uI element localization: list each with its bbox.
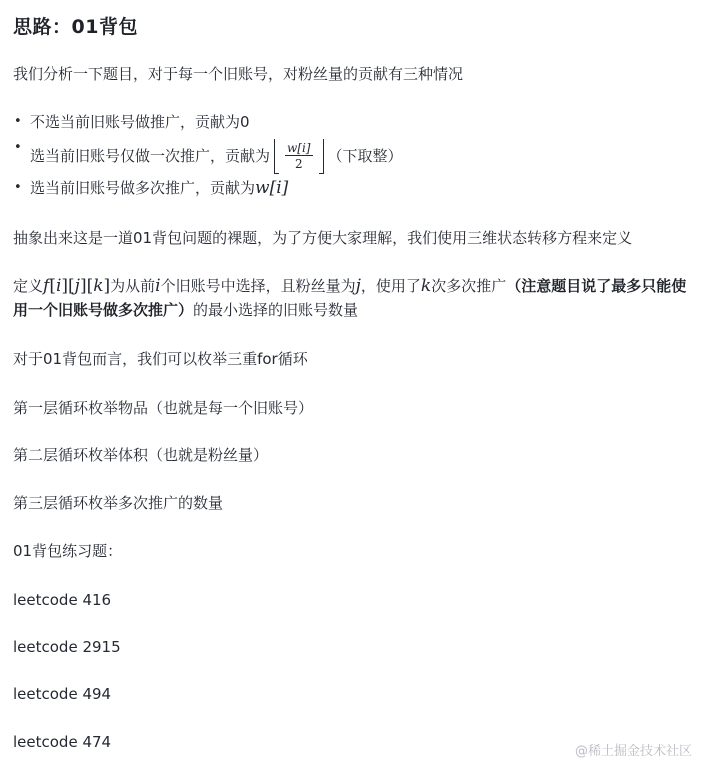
loop-line: 第三层循环枚举多次推广的数量 [13, 491, 223, 515]
practice-title: 01背包练习题： [13, 539, 122, 563]
case-item: 选当前旧账号做多次推广，贡献为w[i] [13, 176, 403, 200]
practice-item: leetcode 474 [13, 730, 111, 754]
loop-line: 第一层循环枚举物品（也就是每一个旧账号） [13, 396, 313, 420]
case-item: 选当前旧账号仅做一次推广，贡献为 w[i] 2 （下取整） [13, 136, 403, 176]
loop-line: 第二层循环枚举体积（也就是粉丝量） [13, 443, 268, 467]
practice-item: leetcode 494 [13, 682, 111, 706]
case-item: 不选当前旧账号做推广，贡献为0 [13, 110, 403, 134]
intro-paragraph: 我们分析一下题目，对于每一个旧账号，对粉丝量的贡献有三种情况 [13, 62, 463, 86]
definition-paragraph: 定义f[i][j][k]为从前i个旧账号中选择，且粉丝量为j，使用了k次多次推广… [13, 274, 698, 322]
loop-intro: 对于01背包而言，我们可以枚举三重for循环 [13, 347, 308, 371]
cases-list: 不选当前旧账号做推广，贡献为0 选当前旧账号仅做一次推广，贡献为 w[i] 2 … [13, 110, 403, 200]
watermark: @稀土掘金技术社区 [575, 740, 692, 759]
practice-item: leetcode 416 [13, 588, 111, 612]
practice-item: leetcode 2915 [13, 635, 121, 659]
state-function: f[i][j][k] [43, 276, 110, 296]
abstract-paragraph: 抽象出来这是一道01背包问题的裸题，为了方便大家理解，我们使用三维状态转移方程来… [13, 226, 632, 250]
section-heading: 思路：01背包 [13, 12, 138, 39]
floor-fraction: w[i] 2 [274, 139, 323, 174]
